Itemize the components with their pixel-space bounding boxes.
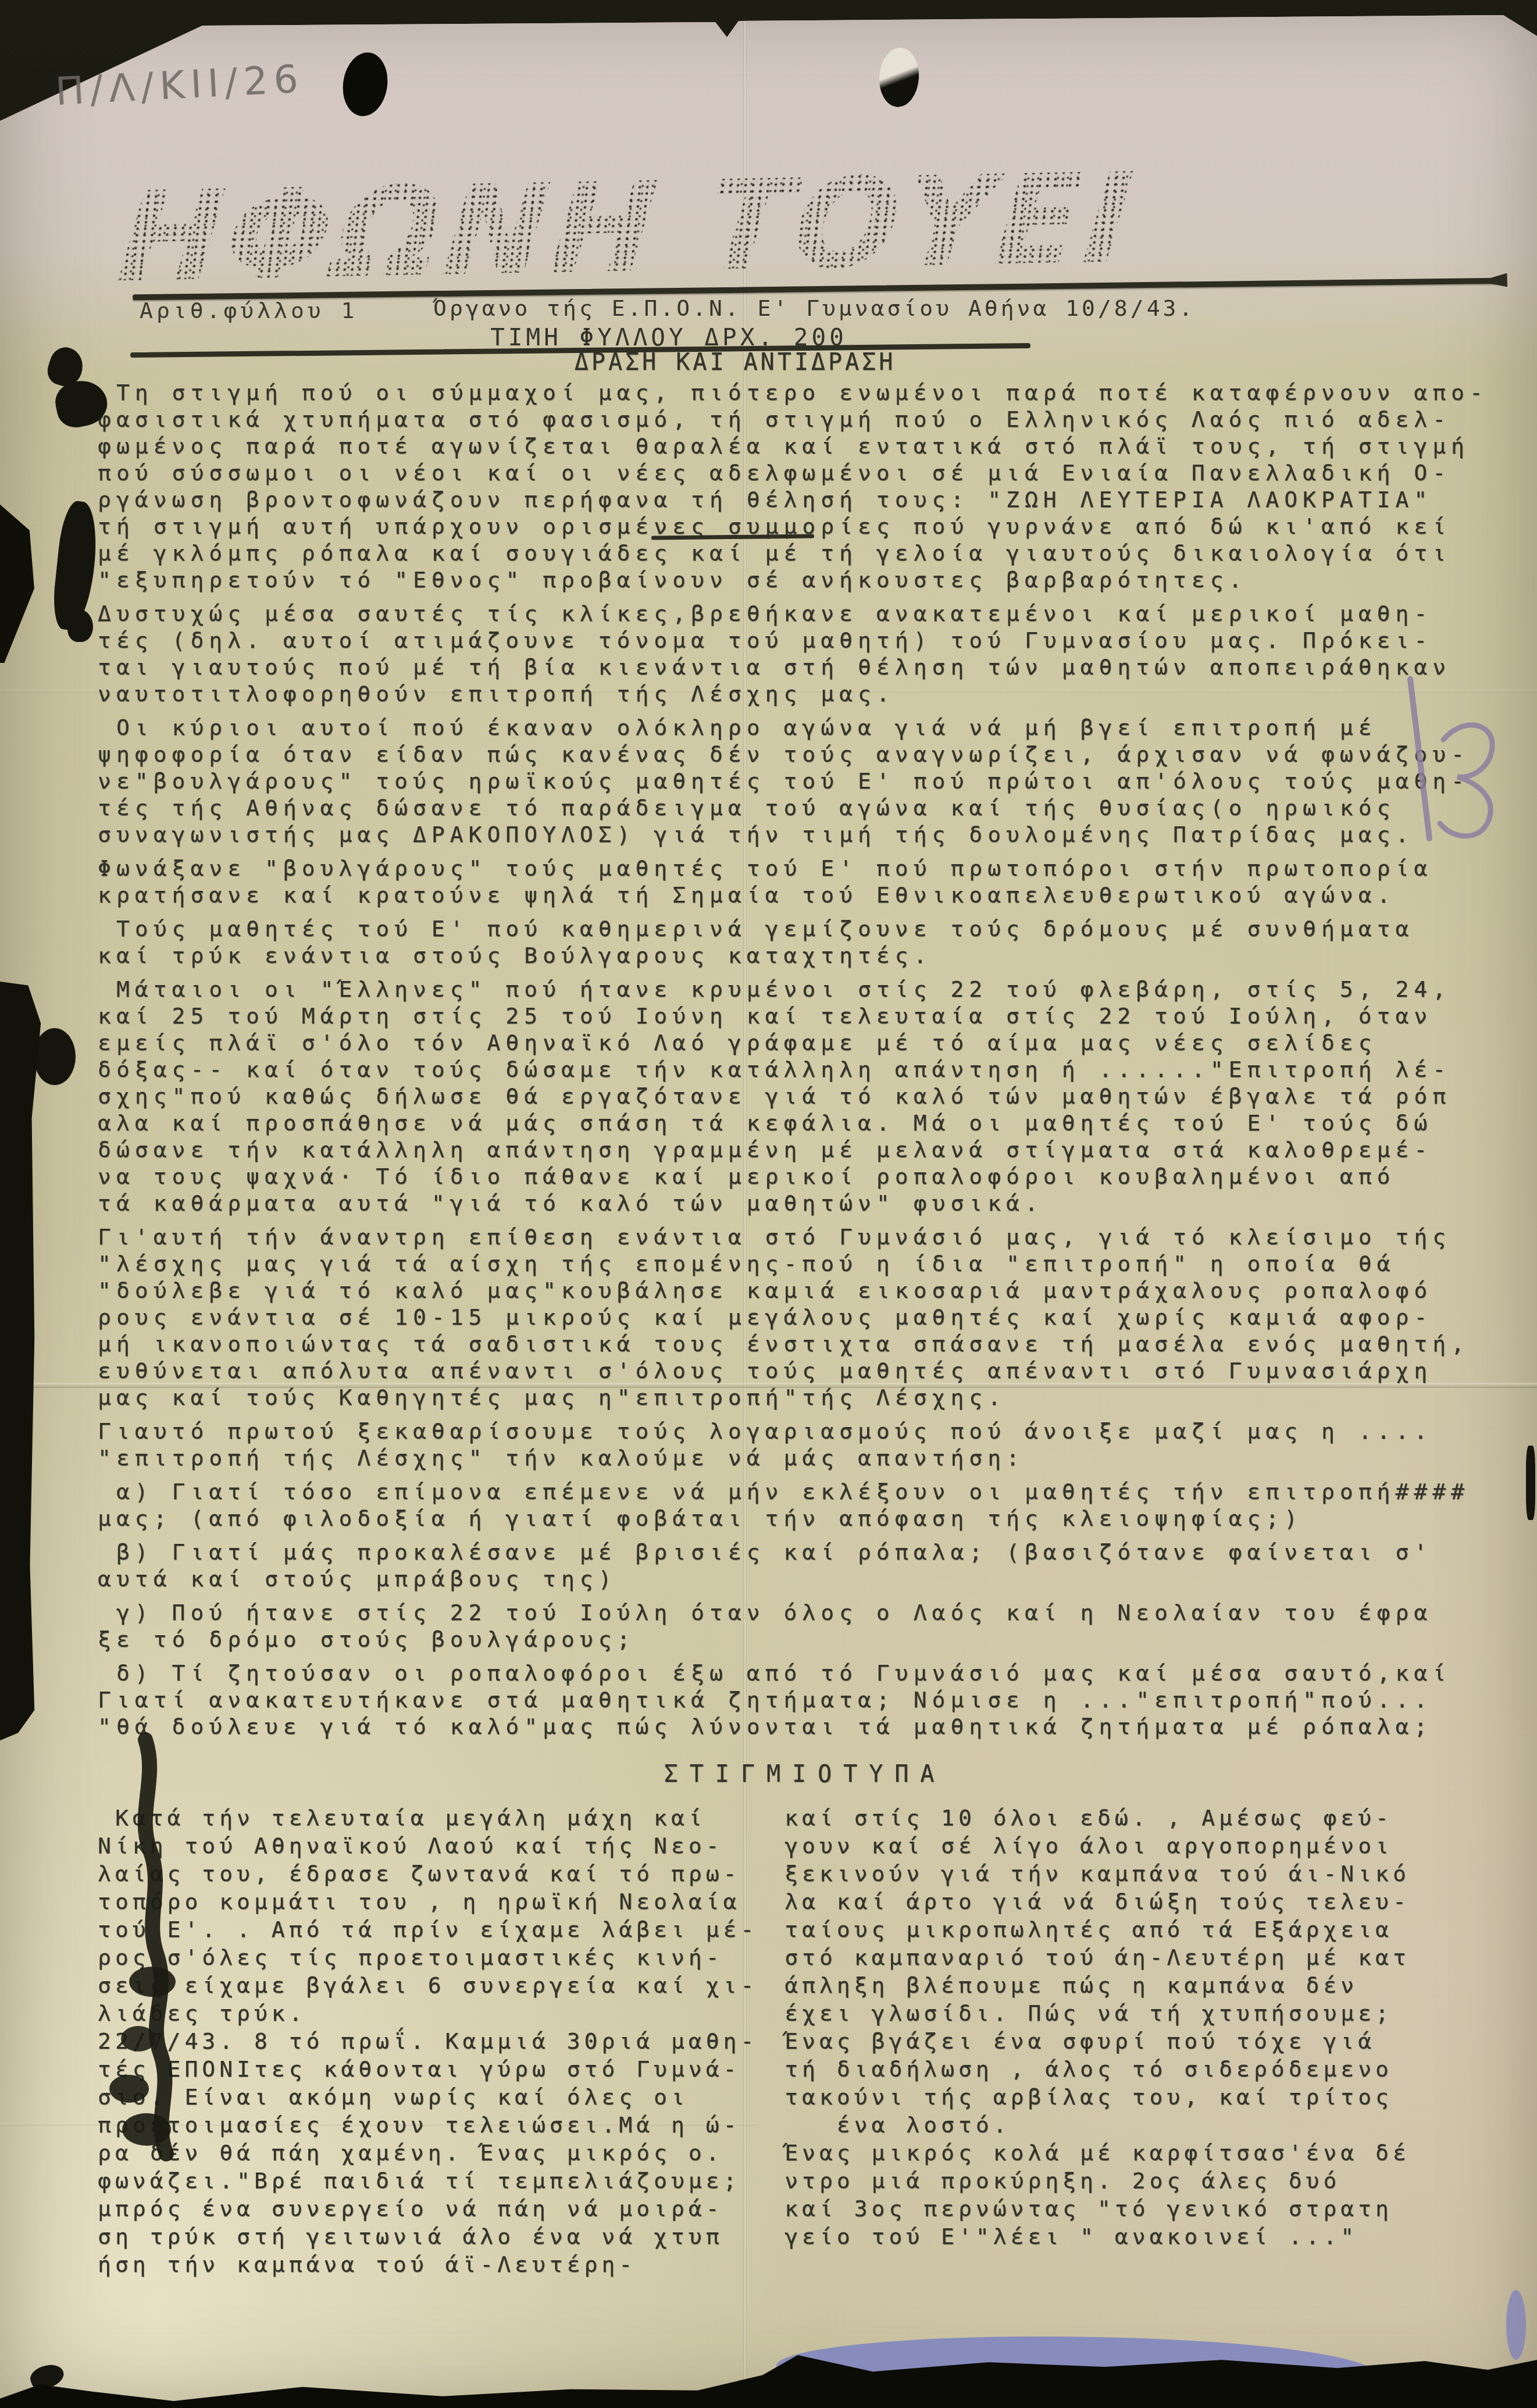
text-line: ψηφοφορία όταν είδαν πώς κανένας δέν τού… — [98, 741, 1512, 768]
snapshots-left-column: Κατά τήν τελευταία μεγάλη μάχη καίΝίκη τ… — [98, 1804, 779, 2278]
text-line: Κατά τήν τελευταία μεγάλη μάχη καί — [98, 1804, 779, 1832]
text-line: κρατήσανε καί κρατούνε ψηλά τή Σημαία το… — [98, 882, 1512, 908]
text-line: Τούς μαθητές τού Ε' πού καθημερινά γεμίζ… — [98, 915, 1512, 942]
text-line: β) Γιατί μάς προκαλέσανε μέ βρισιές καί … — [98, 1539, 1512, 1565]
snapshots-right-column: καί στίς 10 όλοι εδώ. , Αμέσως φεύ-γουν … — [784, 1804, 1512, 2278]
paragraph: Γι'αυτή τήν άναντρη επίθεση ενάντια στό … — [98, 1223, 1512, 1411]
text-line: α) Γιατί τόσο επίμονα επέμενε νά μήν εκλ… — [98, 1478, 1512, 1505]
text-line: ργάνωση βροντοφωνάζουν περήφανα τή θέλησ… — [98, 486, 1512, 513]
paragraph: δ) Τί ζητούσαν οι ροπαλοφόροι έξω από τό… — [98, 1660, 1512, 1740]
paragraph: Γιαυτό πρωτού ξεκαθαρίσουμε τούς λογαρια… — [98, 1418, 1512, 1471]
text-line: στό καμπαναριό τού άη-Λευτέρη μέ κατ — [784, 1943, 1512, 1971]
paragraph: Τούς μαθητές τού Ε' πού καθημερινά γεμίζ… — [98, 915, 1512, 969]
text-line: Μάταιοι οι "Έλληνες" πού ήτανε κρυμένοι … — [98, 976, 1512, 1003]
text-line: άπληξη βλέπουμε πώς η καμπάνα δέν — [784, 1971, 1512, 1999]
text-line: ρα δέν θά πάη χαμένη. Ένας μικρός ο. — [98, 2139, 779, 2167]
text-line: δόξας-- καί όταν τούς δώσαμε τήν κατάλλη… — [98, 1056, 1512, 1083]
text-line: ρος σ'όλες τίς προετοιμαστικές κινή- — [98, 1943, 779, 1971]
text-line: καί στίς 10 όλοι εδώ. , Αμέσως φεύ- — [784, 1804, 1512, 1832]
main-article: ΔΡΑΣΗ ΚΑΙ ΑΝΤΙΔΡΑΣΗ Τη στιγμή πού οι σύμ… — [98, 349, 1512, 1747]
text-line: πού σύσσωμοι οι νέοι καί οι νέες αδελφωμ… — [98, 459, 1512, 486]
text-line: ντρο μιά προκύρηξη. 2ος άλες δυό — [784, 2167, 1512, 2195]
text-line: αυτά καί στούς μπράβους της) — [98, 1565, 1512, 1592]
text-line: "επιτροπή τής Λέσχης" τήν καλούμε νά μάς… — [98, 1444, 1512, 1471]
text-line: ται γιαυτούς πού μέ τή βία κιενάντια στή… — [98, 654, 1512, 680]
ink-blot — [67, 609, 93, 642]
text-line: Γιατί ανακατευτήκανε στά μαθητικά ζητήμα… — [98, 1686, 1512, 1713]
text-line: τά καθάρματα αυτά "γιά τό καλό τών μαθητ… — [98, 1190, 1512, 1217]
ink-blot — [34, 1028, 76, 1085]
text-line: τή διαδήλωση , άλος τό σιδερόδεμενο — [784, 2055, 1512, 2083]
text-line: φωμένος παρά ποτέ αγωνίζεται θαραλέα καί… — [98, 433, 1512, 459]
article-body: Τη στιγμή πού οι σύμμαχοί μας, πιότερο ε… — [98, 379, 1512, 1740]
text-line: συναγωνιστής μας ΔΡΑΚΟΠΟΥΛΟΣ) γιά τήν τι… — [98, 821, 1512, 848]
text-line: τού Ε'. . Από τά πρίν είχαμε λάβει μέ- — [98, 1915, 779, 1943]
text-line: γείο τού Ε'"λέει " ανακοινεί ..." — [784, 2223, 1512, 2250]
text-line: μας; (από φιλοδοξία ή γιατί φοβάται τήν … — [98, 1505, 1512, 1532]
text-line: καί 3ος περνώντας "τό γενικό στρατη — [784, 2195, 1512, 2223]
text-line: φασιστικά χτυπήματα στό φασισμό, τή στιγ… — [98, 406, 1512, 433]
text-line: Φωνάξανε "βουλγάρους" τούς μαθητές τού Ε… — [98, 855, 1512, 882]
text-line: Ένας βγάζει ένα σφυρί πού τόχε γιά — [784, 2027, 1512, 2055]
text-line: ρους ενάντια σέ 10-15 μικρούς καί μεγάλο… — [98, 1304, 1512, 1330]
text-line: λαίας του, έδρασε ζωντανά καί τό πρω- — [98, 1860, 779, 1888]
text-line: ταίους μικροπωλητές από τά Εξάρχεια — [784, 1915, 1512, 1943]
text-line: μή ικανοποιώντας τά σαδιστικά τους ένστι… — [98, 1330, 1512, 1357]
text-line: ένα λοστό. — [784, 2111, 1512, 2139]
text-line: Δυστυχώς μέσα σαυτές τίς κλίκες,βρεθήκαν… — [98, 600, 1512, 627]
text-line: νε"βουλγάρους" τούς ηρωϊκούς μαθητές τού… — [98, 768, 1512, 794]
text-line: εμείς πλάϊ σ'όλο τόν Αθηναϊκό Λαό γράφαμ… — [98, 1029, 1512, 1056]
organ-dateline: Όργανο τής Ε.Π.Ο.Ν. Ε' Γυμνασίου Αθήνα 1… — [433, 295, 1195, 321]
text-line: λιάδες τρύκ. — [98, 1999, 779, 2027]
text-line: 22/7/43. 8 τό πρωΐ. Καμμιά 30ριά μαθη- — [98, 2027, 779, 2055]
text-line: ήση τήν καμπάνα τού άϊ-Λευτέρη- — [98, 2250, 779, 2278]
text-line: Γιαυτό πρωτού ξεκαθαρίσουμε τούς λογαρια… — [98, 1418, 1512, 1444]
paragraph: Τη στιγμή πού οι σύμμαχοί μας, πιότερο ε… — [98, 379, 1512, 593]
text-line: μέ γκλόμπς ρόπαλα καί σουγιάδες καί μέ τ… — [98, 540, 1512, 566]
text-line: προετοιμασίες έχουν τελειώσει.Μά η ώ- — [98, 2111, 779, 2139]
text-line: έχει γλωσίδι. Πώς νά τή χτυπήσουμε; — [784, 1999, 1512, 2027]
issue-number-label: Αριθ.φύλλου 1 — [140, 298, 358, 323]
text-line: να τους ψαχνά· Τό ίδιο πάθανε καί μερικο… — [98, 1163, 1512, 1190]
text-line: μπρός ένα συνεργείο νά πάη νά μοιρά- — [98, 2195, 779, 2223]
text-line: ξεκινούν γιά τήν καμπάνα τού άι-Νικό — [784, 1860, 1512, 1888]
text-line: δ) Τί ζητούσαν οι ροπαλοφόροι έξω από τό… — [98, 1660, 1512, 1686]
text-line: τές ΕΠΟΝΙτες κάθονται γύρω στό Γυμνά- — [98, 2055, 779, 2083]
text-line: ξε τό δρόμο στούς βουλγάρους; — [98, 1626, 1512, 1653]
text-line: Γι'αυτή τήν άναντρη επίθεση ενάντια στό … — [98, 1223, 1512, 1250]
article-heading: ΔΡΑΣΗ ΚΑΙ ΑΝΤΙΔΡΑΣΗ — [98, 349, 1372, 377]
text-line: αλα καί προσπάθησε νά μάς σπάση τά κεφάλ… — [98, 1110, 1512, 1136]
text-line: Τη στιγμή πού οι σύμμαχοί μας, πιότερο ε… — [98, 379, 1512, 406]
text-line: τακούνι τής αρβίλας του, καί τρίτος — [784, 2083, 1512, 2111]
text-line: σεις είχαμε βγάλει 6 συνεργεία καί χι- — [98, 1971, 779, 1999]
paragraph: α) Γιατί τόσο επίμονα επέμενε νά μήν εκλ… — [98, 1478, 1512, 1532]
paragraph: γ) Πού ήτανε στίς 22 τού Ιούλη όταν όλος… — [98, 1599, 1512, 1653]
paragraph: Μάταιοι οι "Έλληνες" πού ήτανε κρυμένοι … — [98, 976, 1512, 1217]
text-line: "δούλεβε γιά τό καλό μας"κουβάλησε καμιά… — [98, 1277, 1512, 1304]
paragraph: β) Γιατί μάς προκαλέσανε μέ βρισιές καί … — [98, 1539, 1512, 1592]
paragraph: Φωνάξανε "βουλγάρους" τούς μαθητές τού Ε… — [98, 855, 1512, 908]
text-line: ναυτοτιτλοφορηθούν επιτροπή τής Λέσχης μ… — [98, 680, 1512, 707]
text-line: ση τρύκ στή γειτωνιά άλο ένα νά χτυπ — [98, 2223, 779, 2250]
text-line: δώσανε τήν κατάλληλη απάντηση γραμμένη μ… — [98, 1136, 1512, 1163]
text-line: λα καί άρτο γιά νά διώξη τούς τελευ- — [784, 1888, 1512, 1915]
text-line: "θά δούλευε γιά τό καλό"μας πώς λύνονται… — [98, 1713, 1512, 1740]
text-line: "εξυπηρετούν τό "Εθνος" προβαίνουν σέ αν… — [98, 566, 1512, 593]
text-line: τοπόρο κομμάτι του , η ηρωϊκή Νεολαία — [98, 1888, 779, 1915]
text-line: καί τρύκ ενάντια στούς Βούλγαρους καταχτ… — [98, 942, 1512, 969]
paragraph: Δυστυχώς μέσα σαυτές τίς κλίκες,βρεθήκαν… — [98, 600, 1512, 707]
snapshots-columns: Κατά τήν τελευταία μεγάλη μάχη καίΝίκη τ… — [98, 1804, 1512, 2278]
text-line: γ) Πού ήτανε στίς 22 τού Ιούλη όταν όλος… — [98, 1599, 1512, 1626]
scanned-document: Π/Λ/ΚΙΙ/26 ΗΦΩΝΗ ΤΟΥΕΙ Αριθ.φύλλου 1 Όργ… — [0, 0, 1537, 2408]
text-line: Νίκη τού Αθηναϊκού Λαού καί τής Νεο- — [98, 1832, 779, 1860]
text-line: σχης"πού καθώς δήλωσε θά εργαζότανε γιά … — [98, 1083, 1512, 1110]
blue-stain — [1506, 2290, 1526, 2360]
text-line: "λέσχης μας γιά τά αίσχη τής επομένης-πο… — [98, 1250, 1512, 1277]
text-line: τές τής Αθήνας δώσανε τό παράδειγμα τού … — [98, 794, 1512, 821]
text-line: τές (δηλ. αυτοί ατιμάζουνε τόνομα τού μα… — [98, 627, 1512, 654]
text-line: φωνάζει."Βρέ παιδιά τί τεμπελιάζουμε; — [98, 2167, 779, 2195]
text-line: γουν καί σέ λίγο άλοι αργοπορημένοι — [784, 1832, 1512, 1860]
snapshots-heading: ΣΤΙΓΜΙΟΤΥΠΑ — [98, 1761, 1512, 1788]
text-line: σιο. Είναι ακόμη νωρίς καί όλες οι — [98, 2083, 779, 2111]
text-line: καί 25 τού Μάρτη στίς 25 τού Ιούνη καί τ… — [98, 1003, 1512, 1029]
edge-mark — [1526, 1446, 1535, 1520]
text-line: ευθύνεται απόλυτα απέναντι σ'όλους τούς … — [98, 1357, 1512, 1384]
paragraph: Οι κύριοι αυτοί πού έκαναν ολόκληρο αγών… — [98, 714, 1512, 848]
text-line: Οι κύριοι αυτοί πού έκαναν ολόκληρο αγών… — [98, 714, 1512, 741]
text-line: Ένας μικρός κολά μέ καρφίτσασ'ένα δέ — [784, 2139, 1512, 2167]
text-line: μας καί τούς Καθηγητές μας η"επιτροπή"τή… — [98, 1384, 1512, 1411]
